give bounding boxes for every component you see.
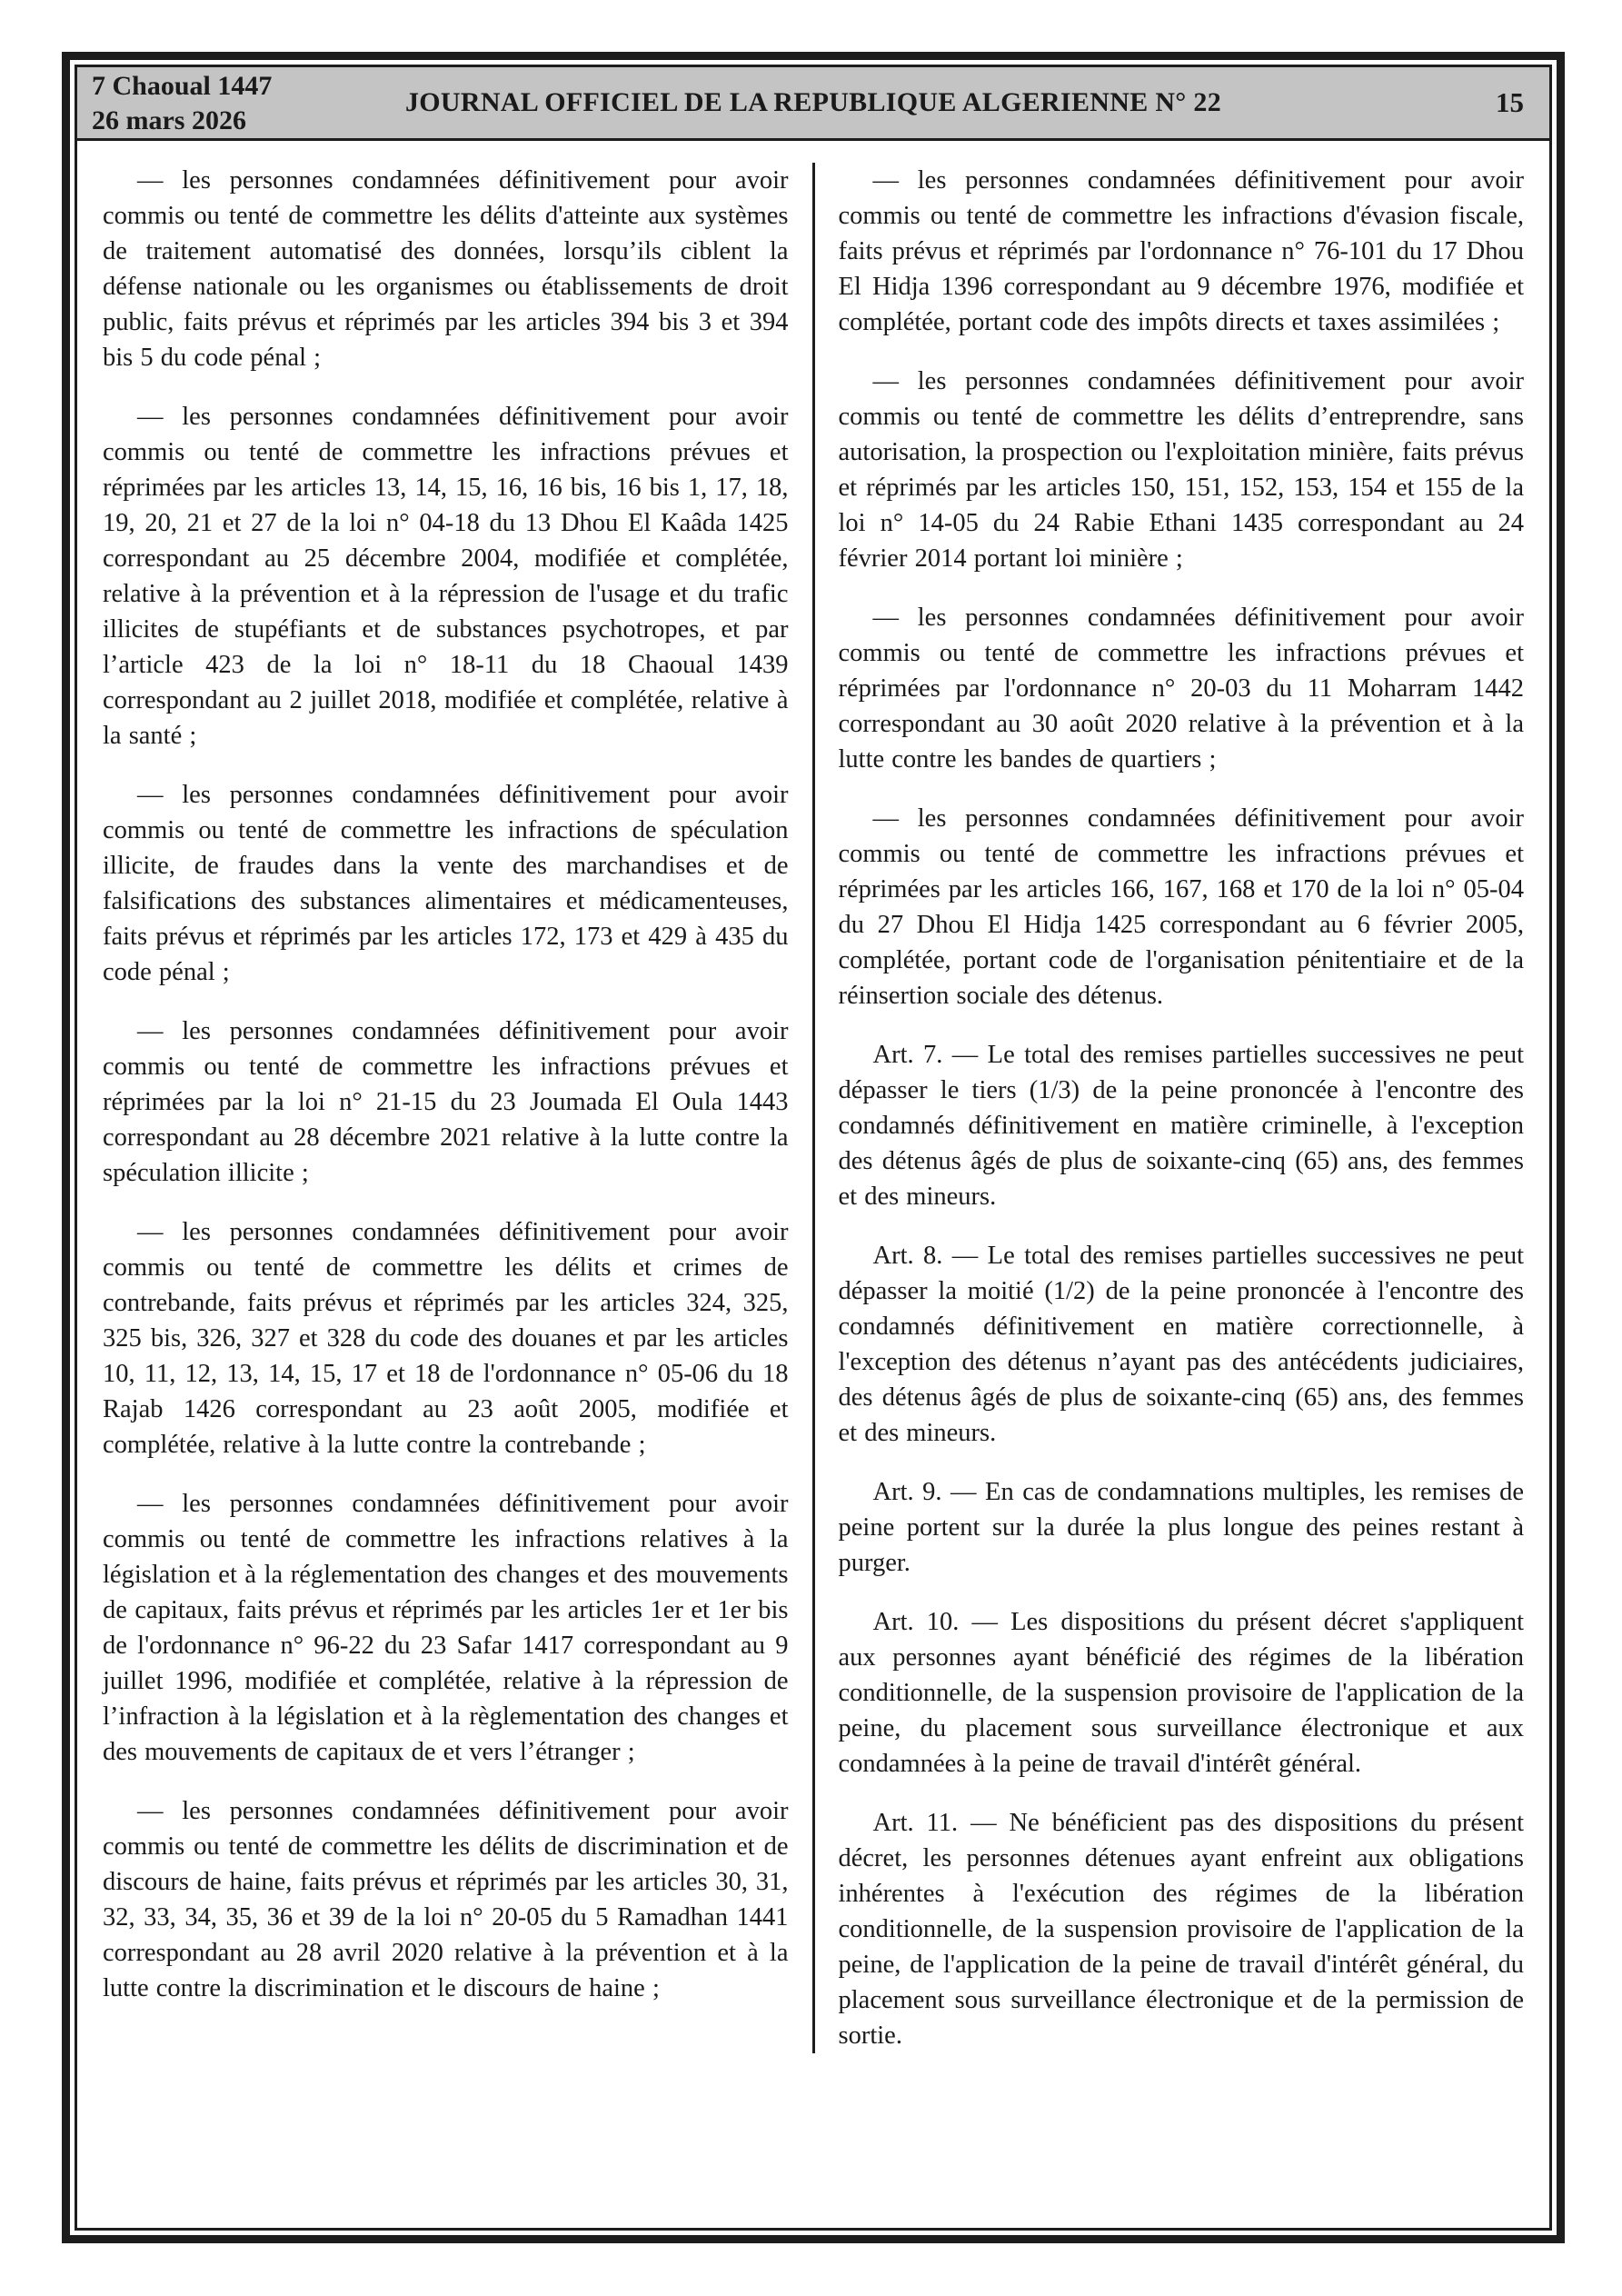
paragraph: — les personnes condamnées définitivemen…: [103, 163, 789, 375]
page-number: 15: [1496, 86, 1524, 119]
paragraph: — les personnes condamnées définitivemen…: [103, 1214, 789, 1462]
page-outer-border: 7 Chaoual 1447 26 mars 2026 JOURNAL OFFI…: [62, 52, 1565, 2243]
paragraph: Art. 9. — En cas de condamnations multip…: [839, 1474, 1525, 1581]
paragraph: Art. 8. — Le total des remises partielle…: [839, 1238, 1525, 1451]
paragraph: — les personnes condamnées définitivemen…: [839, 801, 1525, 1013]
paragraph: — les personnes condamnées définitivemen…: [839, 600, 1525, 777]
journal-page: 7 Chaoual 1447 26 mars 2026 JOURNAL OFFI…: [0, 0, 1622, 2296]
paragraph: — les personnes condamnées définitivemen…: [103, 1793, 789, 2006]
paragraph: — les personnes condamnées définitivemen…: [103, 399, 789, 754]
left-column: — les personnes condamnées définitivemen…: [77, 163, 812, 2053]
page-inner-border: 7 Chaoual 1447 26 mars 2026 JOURNAL OFFI…: [75, 65, 1552, 2231]
journal-title: JOURNAL OFFICIEL DE LA REPUBLIQUE ALGERI…: [405, 87, 1221, 118]
right-column: — les personnes condamnées définitivemen…: [815, 163, 1550, 2053]
paragraph: — les personnes condamnées définitivemen…: [103, 777, 789, 990]
journal-title-wrap: JOURNAL OFFICIEL DE LA REPUBLIQUE ALGERI…: [77, 67, 1549, 138]
paragraph: Art. 7. — Le total des remises partielle…: [839, 1037, 1525, 1214]
paragraph: Art. 10. — Les dispositions du présent d…: [839, 1604, 1525, 1782]
paragraph: — les personnes condamnées définitivemen…: [839, 163, 1525, 340]
paragraph: Art. 11. — Ne bénéficient pas des dispos…: [839, 1805, 1525, 2053]
page-header: 7 Chaoual 1447 26 mars 2026 JOURNAL OFFI…: [77, 67, 1549, 141]
paragraph: — les personnes condamnées définitivemen…: [103, 1013, 789, 1191]
paragraph: — les personnes condamnées définitivemen…: [103, 1486, 789, 1770]
paragraph: — les personnes condamnées définitivemen…: [839, 364, 1525, 576]
page-content: — les personnes condamnées définitivemen…: [77, 141, 1549, 2095]
